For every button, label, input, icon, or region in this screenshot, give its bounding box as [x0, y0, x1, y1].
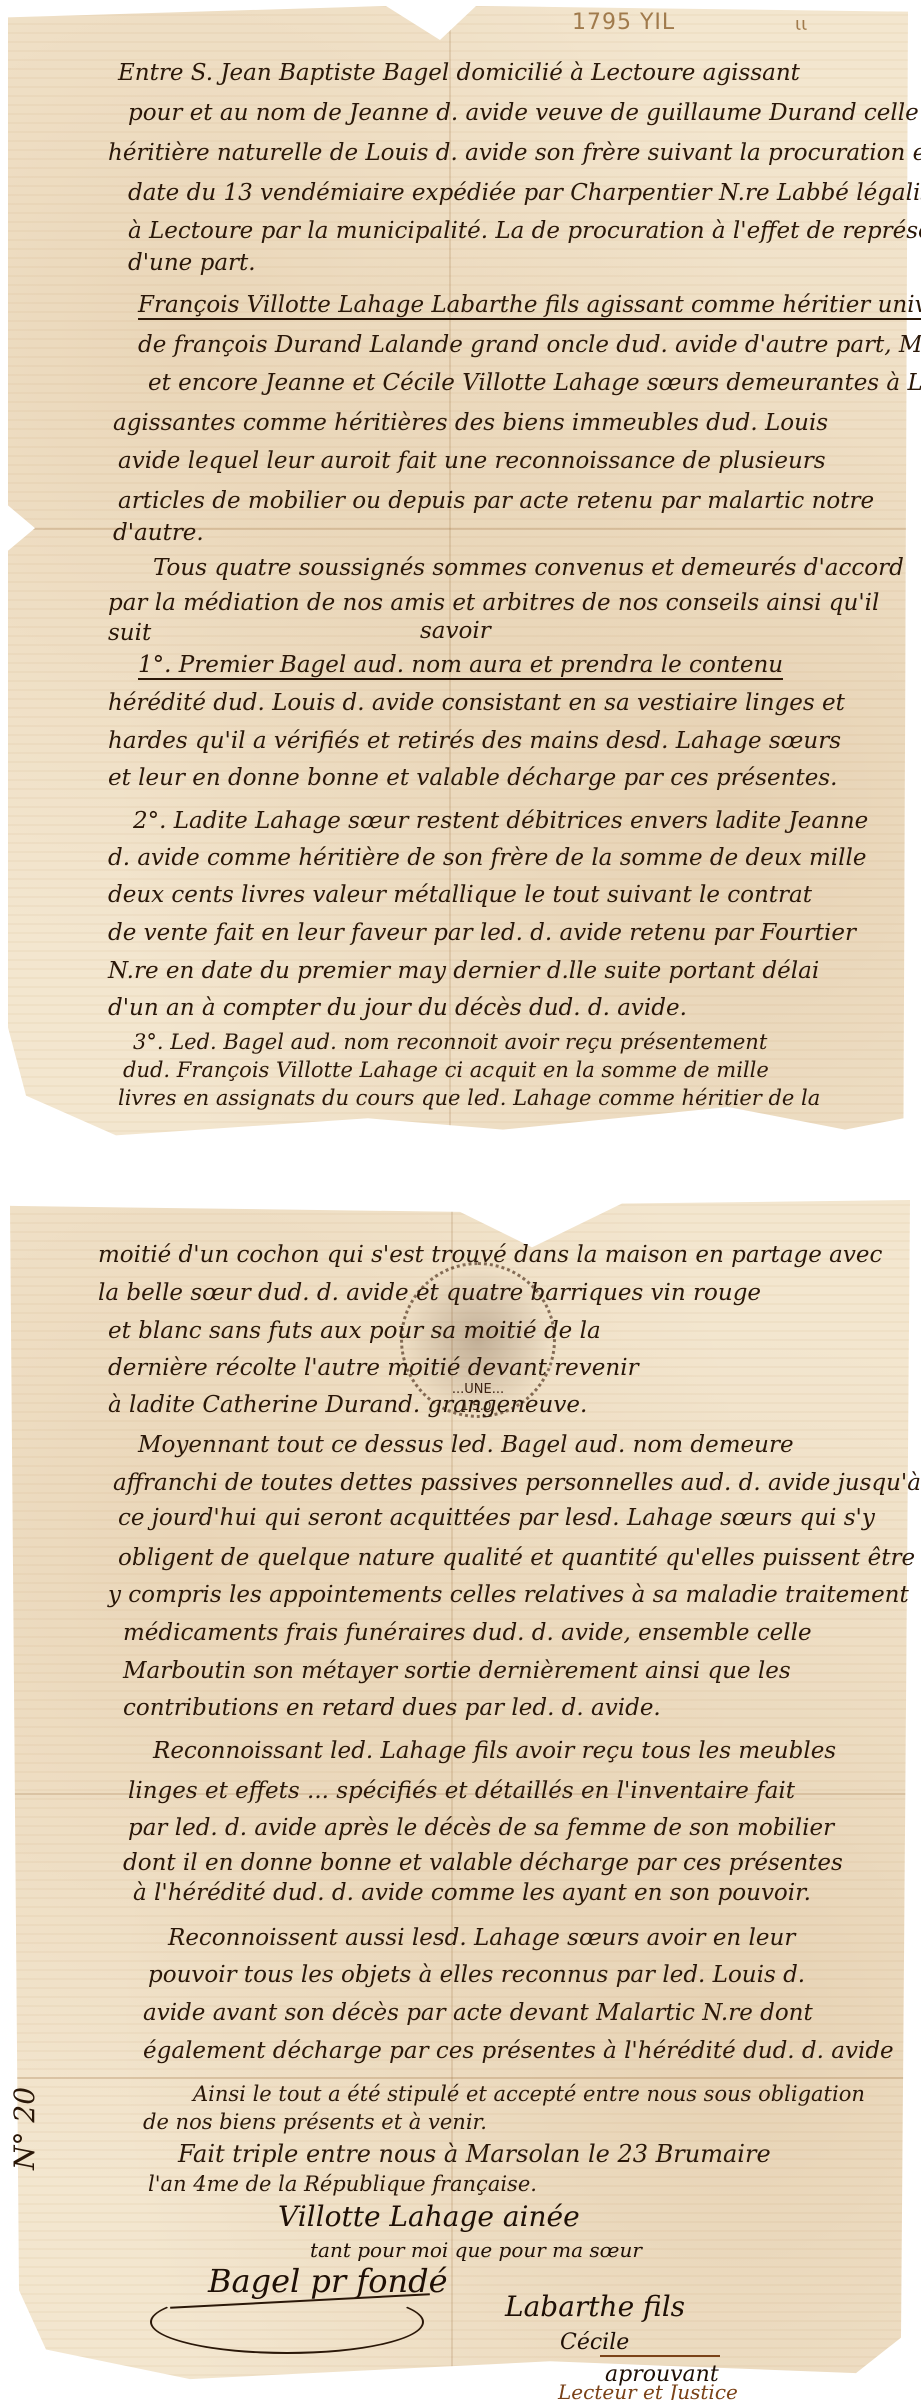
text-line: et blanc sans futs aux pour sa moitié de… — [108, 1318, 601, 1344]
text-line: la belle sœur dud. d. avide et quatre ba… — [98, 1280, 761, 1306]
text-line: dud. François Villotte Lahage ci acquit … — [123, 1058, 769, 1082]
text-line: de françois Durand Lalande grand oncle d… — [138, 332, 921, 358]
text-line: N.re en date du premier may dernier d.ll… — [108, 958, 819, 984]
text-line: pour et au nom de Jeanne d. avide veuve … — [128, 100, 921, 126]
text-line: livres en assignats du cours que led. La… — [118, 1086, 820, 1110]
text-line: dernière récolte l'autre moitié devant r… — [108, 1355, 639, 1381]
text-line: articles de mobilier ou depuis par acte … — [118, 488, 874, 514]
text-line: médicaments frais funéraires dud. d. avi… — [123, 1620, 812, 1646]
text-line: et encore Jeanne et Cécile Villotte Laha… — [148, 370, 921, 396]
text-line-date: Fait triple entre nous à Marsolan le 23 … — [178, 2140, 771, 2168]
text-line: d. avide comme héritière de son frère de… — [108, 845, 866, 871]
text-line: à l'hérédité dud. d. avide comme les aya… — [133, 1880, 811, 1906]
text-line: héritière naturelle de Louis d. avide so… — [108, 140, 921, 166]
text-line-heading: savoir — [420, 618, 491, 644]
text-line: Reconnoissent aussi lesd. Lahage sœurs a… — [168, 1925, 795, 1951]
text-line: d'un an à compter du jour du décès dud. … — [108, 995, 687, 1021]
text-line: Ainsi le tout a été stipulé et accepté e… — [193, 2082, 865, 2106]
text-line: Reconnoissant led. Lahage fils avoir reç… — [153, 1738, 836, 1764]
text-line: par la médiation de nos amis et arbitres… — [108, 590, 879, 616]
text-line: François Villotte Lahage Labarthe fils a… — [138, 292, 921, 320]
text-line: à ladite Catherine Durand. grangeneuve. — [108, 1392, 587, 1418]
text-line-date: l'an 4me de la République française. — [148, 2172, 537, 2196]
text-line: et leur en donne bonne et valable déchar… — [108, 765, 837, 791]
text-line: par led. d. avide après le décès de sa f… — [128, 1815, 834, 1841]
signature-cecile: Cécile — [560, 2330, 629, 2355]
text-line: avide avant son décès par acte devant Ma… — [143, 2000, 813, 2026]
text-line: avide lequel leur auroit fait une reconn… — [118, 448, 826, 474]
text-line: 3°. Led. Bagel aud. nom reconnoit avoir … — [133, 1030, 767, 1054]
text-line: moitié d'un cochon qui s'est trouvé dans… — [98, 1242, 882, 1268]
text-line: agissantes comme héritières des biens im… — [113, 410, 828, 436]
text-line: d'autre. — [113, 520, 204, 546]
text-line: également décharge par ces présentes à l… — [143, 2038, 894, 2064]
text-line: deux cents livres valeur métallique le t… — [108, 882, 812, 908]
signature-labarthe: Labarthe fils — [505, 2290, 685, 2323]
text-line: linges et effets ... spécifiés et détail… — [128, 1778, 795, 1804]
text-line: à Lectoure par la municipalité. La de pr… — [128, 218, 921, 244]
text-line: ce jourd'hui qui seront acquittées par l… — [118, 1505, 875, 1531]
fold-crease-horizontal — [10, 2077, 910, 2079]
text-line: Tous quatre soussignés sommes convenus e… — [153, 555, 904, 581]
archive-label: 1795 YIL — [572, 10, 675, 35]
archive-mark: ιι — [795, 14, 807, 35]
signature-underline — [600, 2355, 720, 2357]
text-line: hardes qu'il a vérifiés et retirés des m… — [108, 728, 841, 754]
text-line: 2°. Ladite Lahage sœur restent débitrice… — [133, 808, 868, 834]
text-line: affranchi de toutes dettes passives pers… — [113, 1470, 921, 1496]
text-line: obligent de quelque nature qualité et qu… — [118, 1545, 915, 1571]
text-line: date du 13 vendémiaire expédiée par Char… — [128, 180, 921, 206]
margin-note-number: N° 20 — [8, 2087, 41, 2170]
text-line: Marboutin son métayer sortie dernièremen… — [123, 1658, 791, 1684]
text-line: contributions en retard dues par led. d.… — [123, 1695, 661, 1721]
text-line: de vente fait en leur faveur par led. d.… — [108, 920, 856, 946]
text-line: Entre S. Jean Baptiste Bagel domicilié à… — [118, 60, 800, 86]
text-line: dont il en donne bonne et valable déchar… — [123, 1850, 843, 1876]
signature-lecture: Lecteur et Justice — [558, 2380, 738, 2400]
text-line: y compris les appointements celles relat… — [108, 1582, 909, 1608]
text-line: d'une part. — [128, 250, 256, 276]
text-line: Moyennant tout ce dessus led. Bagel aud.… — [138, 1432, 794, 1458]
text-line: hérédité dud. Louis d. avide consistant … — [108, 690, 845, 716]
text-line: pouvoir tous les objets à elles reconnus… — [148, 1962, 805, 1988]
text-line: de nos biens présents et à venir. — [143, 2110, 487, 2134]
text-line: suit — [108, 620, 151, 646]
signature-villotte: Villotte Lahage ainée — [278, 2200, 580, 2233]
text-line: 1°. Premier Bagel aud. nom aura et prend… — [138, 652, 783, 680]
signature-approval-note: tant pour moi que pour ma sœur — [310, 2238, 642, 2262]
signature-flourish — [150, 2290, 424, 2354]
